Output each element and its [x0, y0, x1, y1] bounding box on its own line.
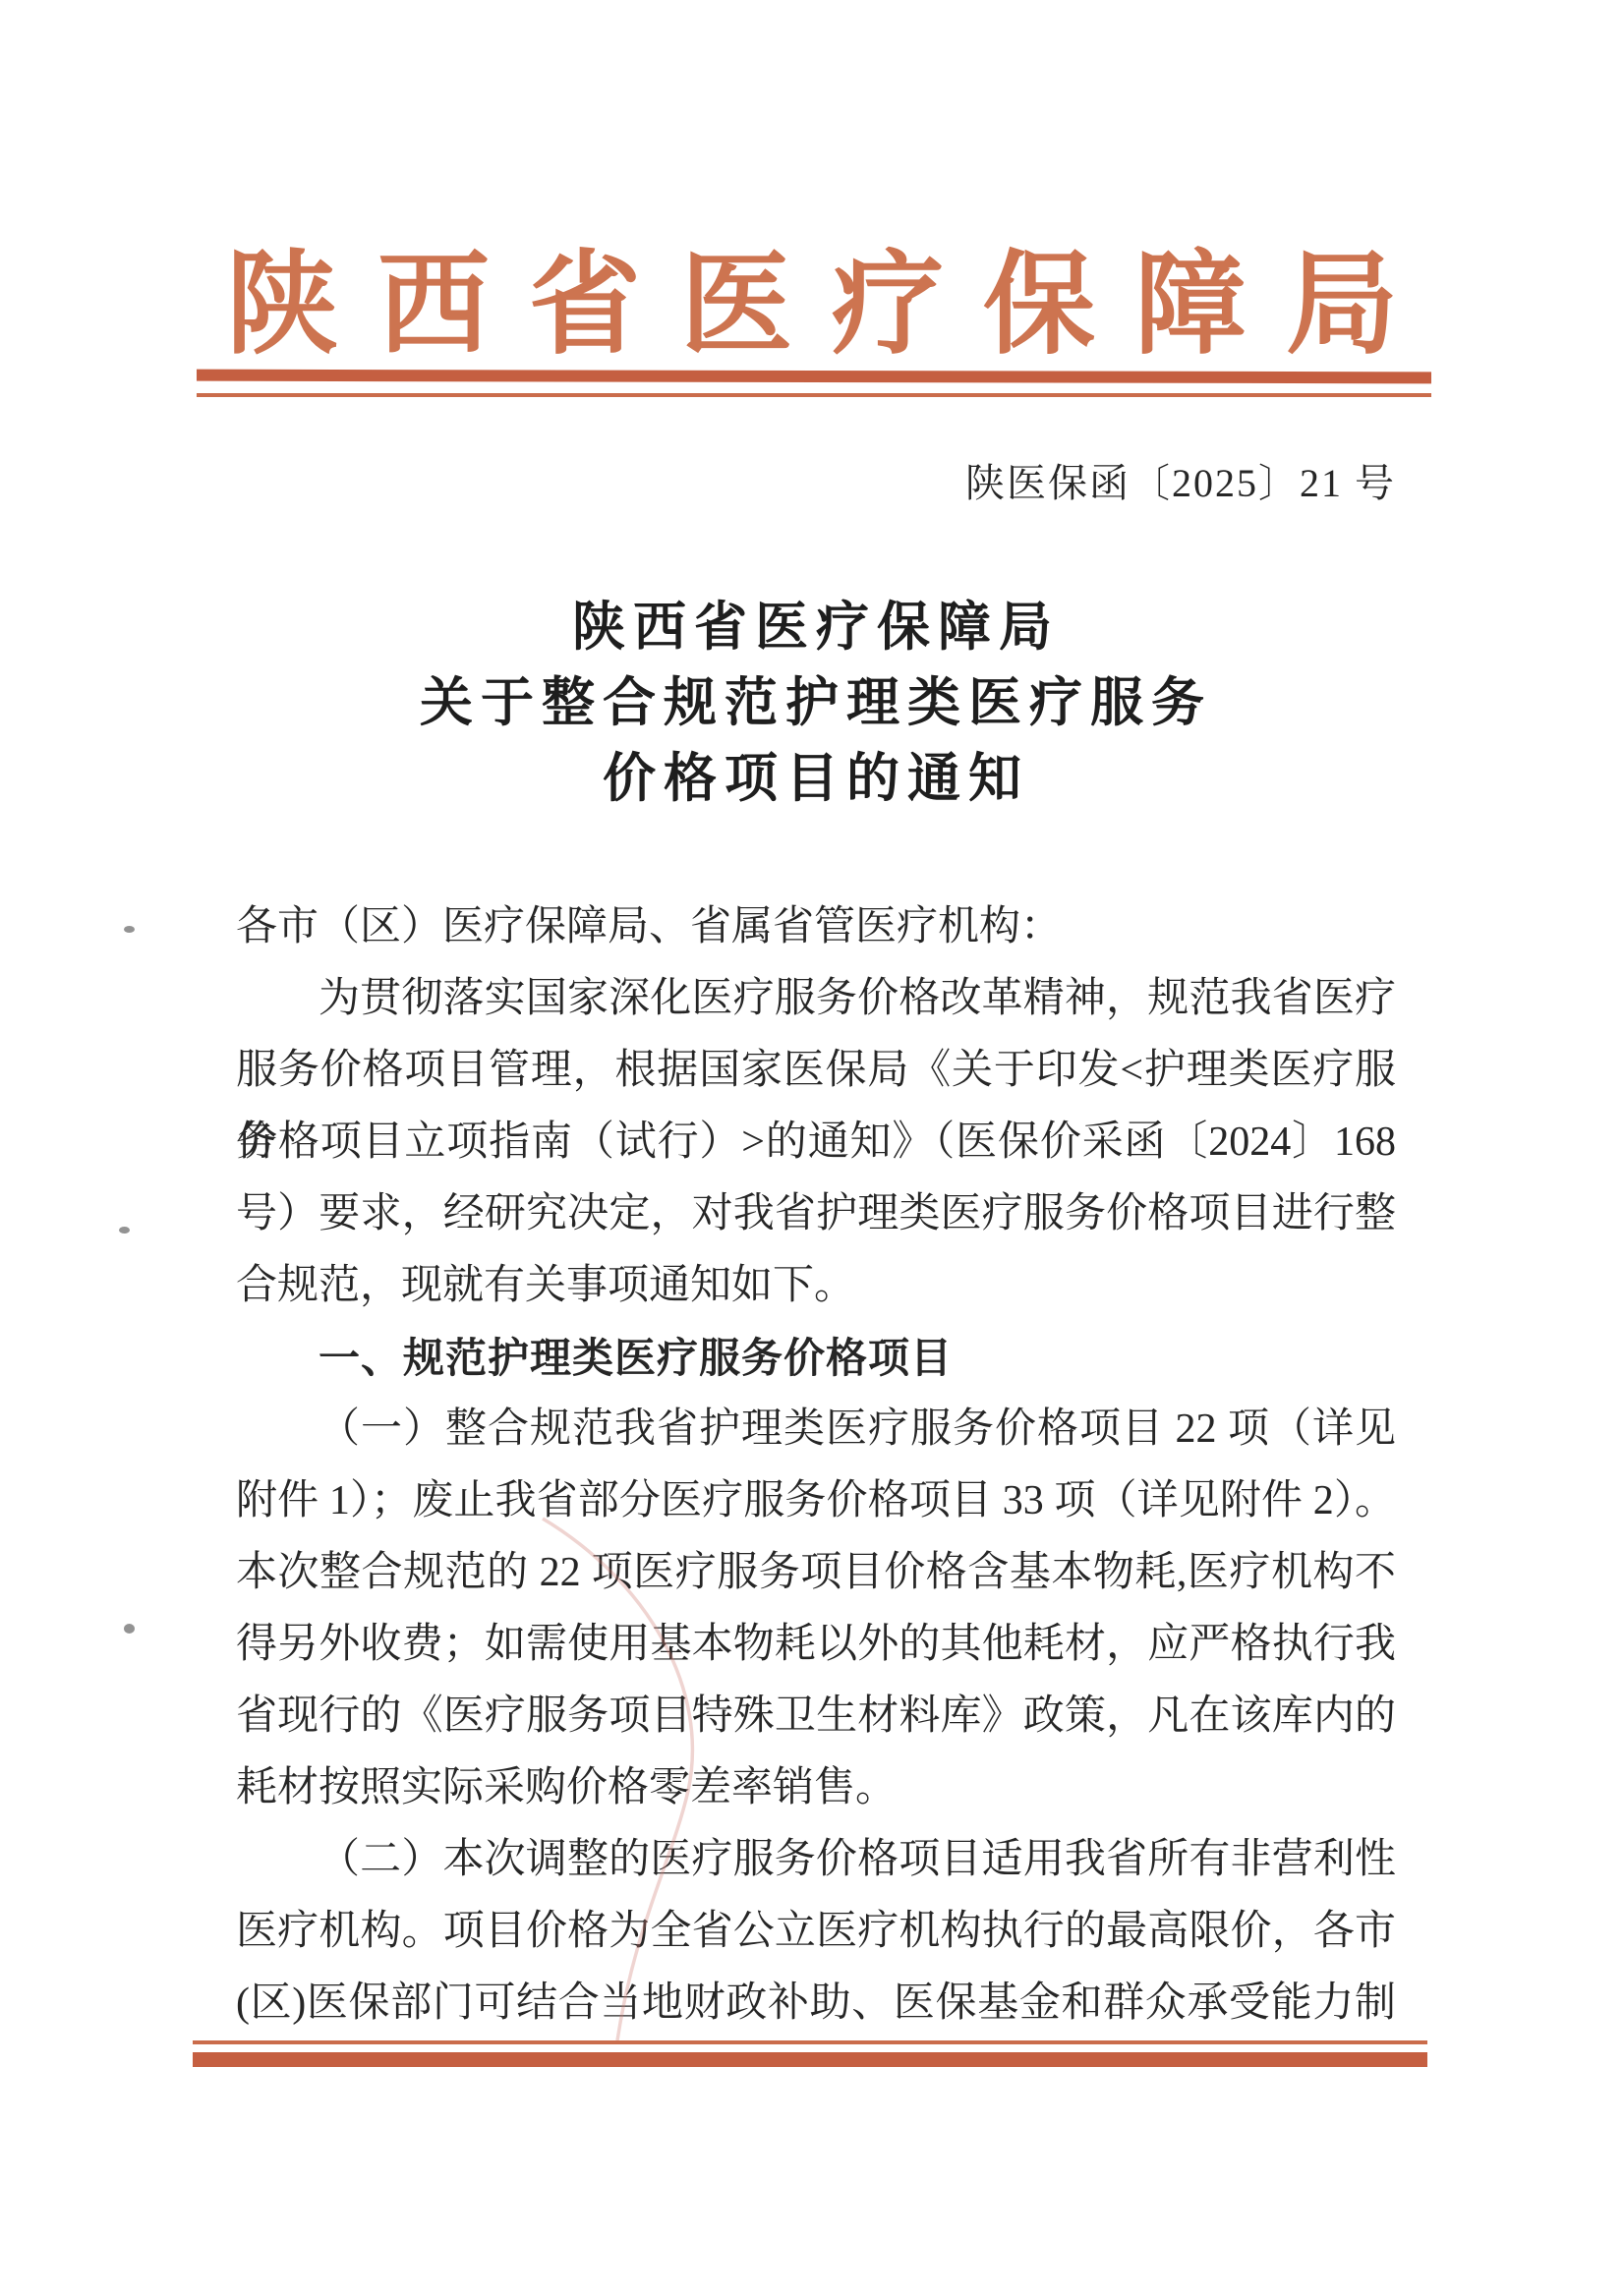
body-line: 一、规范护理类医疗服务价格项目: [236, 1322, 1396, 1394]
masthead-rule-thin: [197, 393, 1431, 397]
footer-rule-thick: [193, 2052, 1427, 2067]
scan-speck: [119, 1227, 130, 1234]
body-line: 得另外收费；如需使用基本物耗以外的其他耗材，应严格执行我: [236, 1609, 1396, 1681]
body-line: 各市（区）医疗保障局、省属省管医疗机构：: [236, 891, 1396, 963]
document-title-line: 关于整合规范护理类医疗服务: [0, 665, 1624, 741]
body-line: （一）整合规范我省护理类医疗服务价格项目 22 项（详见: [236, 1394, 1396, 1465]
body-line: (区)医保部门可结合当地财政补助、医保基金和群众承受能力制: [236, 1968, 1396, 2039]
agency-masthead: 陕西省医疗保障局: [0, 214, 1624, 375]
document-number: 陕医保函〔2025〕21 号: [965, 452, 1396, 508]
body-line: 合规范，现就有关事项通知如下。: [236, 1250, 1396, 1322]
body-line: 号）要求，经研究决定，对我省护理类医疗服务价格项目进行整: [236, 1178, 1396, 1250]
body-line: 为贯彻落实国家深化医疗服务价格改革精神，规范我省医疗: [236, 963, 1396, 1035]
document-title-line: 陕西省医疗保障局: [0, 590, 1624, 665]
document-body: 各市（区）医疗保障局、省属省管医疗机构： 为贯彻落实国家深化医疗服务价格改革精神…: [236, 891, 1396, 2039]
body-line: （二）本次调整的医疗服务价格项目适用我省所有非营利性: [236, 1824, 1396, 1896]
body-line: 服务价格项目管理，根据国家医保局《关于印发<护理类医疗服务: [236, 1035, 1396, 1107]
body-line: 附件 1）；废止我省部分医疗服务价格项目 33 项（详见附件 2）。: [236, 1465, 1396, 1537]
body-line: 价格项目立项指南（试行）>的通知》（医保价采函〔2024〕168: [236, 1107, 1396, 1178]
scan-speck: [124, 926, 135, 933]
document-title-line: 价格项目的通知: [0, 741, 1624, 817]
document-page: 陕西省医疗保障局 陕医保函〔2025〕21 号 陕西省医疗保障局 关于整合规范护…: [0, 0, 1624, 2296]
body-line: 本次整合规范的 22 项医疗服务项目价格含基本物耗,医疗机构不: [236, 1537, 1396, 1609]
body-line: 医疗机构。项目价格为全省公立医疗机构执行的最高限价，各市: [236, 1896, 1396, 1968]
agency-name: 陕西省医疗保障局: [226, 243, 1437, 368]
body-line: 耗材按照实际采购价格零差率销售。: [236, 1752, 1396, 1824]
document-title: 陕西省医疗保障局 关于整合规范护理类医疗服务 价格项目的通知: [0, 590, 1624, 817]
body-line: 省现行的《医疗服务项目特殊卫生材料库》政策，凡在该库内的: [236, 1681, 1396, 1752]
scan-speck: [124, 1624, 135, 1634]
footer-rule-thin: [193, 2040, 1427, 2044]
masthead-rule-thick: [197, 370, 1431, 384]
